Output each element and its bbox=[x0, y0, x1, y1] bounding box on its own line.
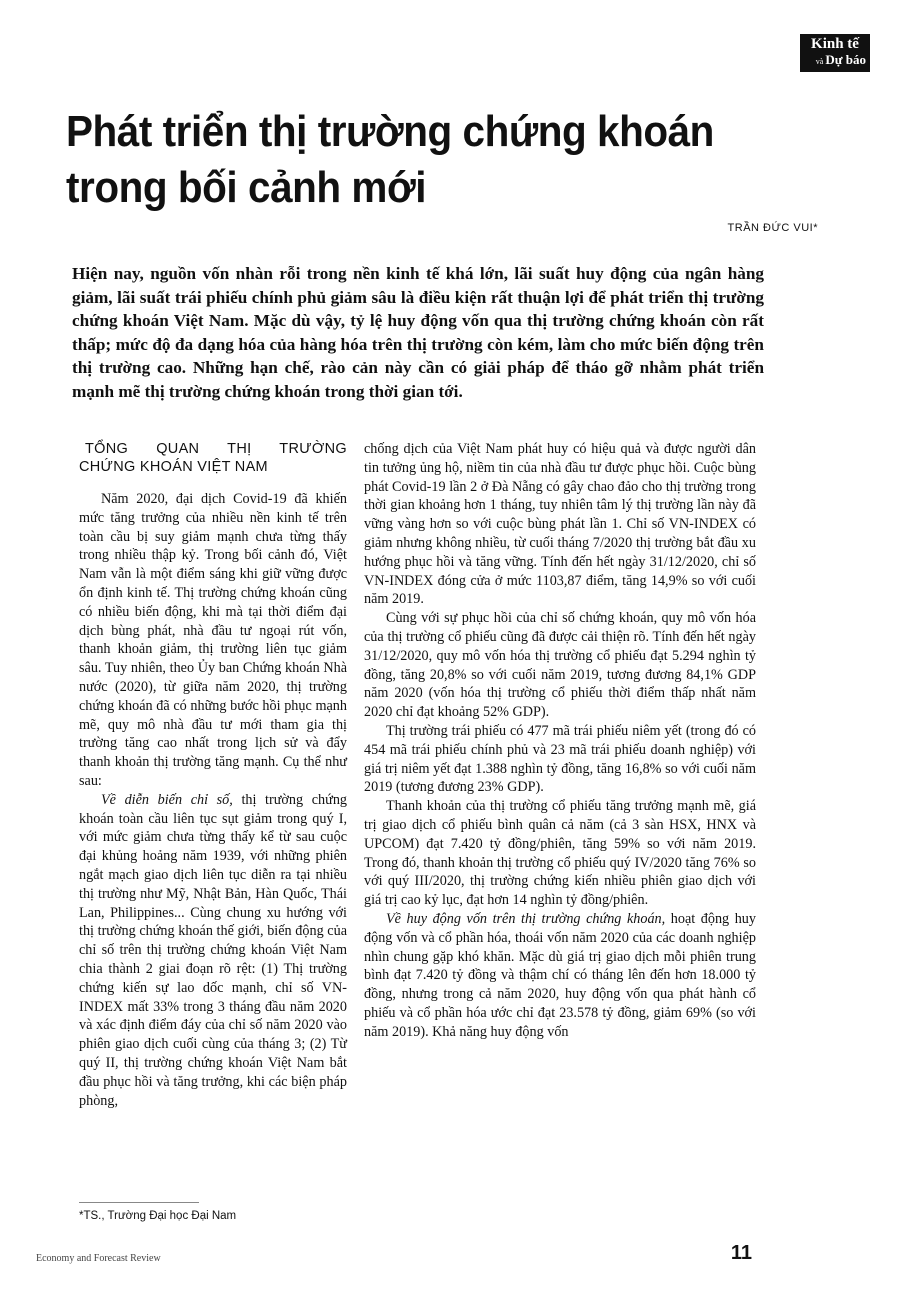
author-footnote: *TS., Trường Đại học Đại Nam bbox=[79, 1210, 236, 1222]
masthead-line2-main: Dự báo bbox=[825, 52, 866, 67]
masthead-line2-small: và bbox=[816, 57, 824, 66]
paragraph: Năm 2020, đại dịch Covid-19 đã khiến mức… bbox=[79, 490, 347, 791]
section-heading-line2: CHỨNG KHOÁN VIỆT NAM bbox=[79, 459, 268, 475]
paragraph-italic-lead: Về diễn biến chỉ số, bbox=[101, 792, 233, 808]
left-column: TỔNG QUAN THỊ TRƯỜNG CHỨNG KHOÁN VIỆT NA… bbox=[79, 440, 347, 1110]
footnote-divider bbox=[79, 1202, 199, 1203]
masthead-line2: vàDự báo bbox=[804, 52, 866, 69]
page-number: 11 bbox=[731, 1242, 752, 1265]
article-lead: Hiện nay, nguồn vốn nhàn rỗi trong nền k… bbox=[72, 262, 764, 404]
journal-name: Economy and Forecast Review bbox=[36, 1253, 161, 1264]
paragraph: Về huy động vốn trên thị trường chứng kh… bbox=[364, 910, 756, 1042]
paragraph: Thị trường trái phiếu có 477 mã trái phi… bbox=[364, 722, 756, 797]
masthead-logo: Kinh tế vàDự báo bbox=[800, 34, 870, 72]
section-heading-line1: TỔNG QUAN THỊ TRƯỜNG bbox=[79, 440, 347, 458]
paragraph: Về diễn biến chỉ số, thị trường chứng kh… bbox=[79, 791, 347, 1111]
section-heading: TỔNG QUAN THỊ TRƯỜNG CHỨNG KHOÁN VIỆT NA… bbox=[79, 440, 347, 476]
article-author: TRẦN ĐỨC VUI* bbox=[728, 222, 818, 234]
paragraph-text: hoạt động huy động vốn và cổ phần hóa, t… bbox=[364, 911, 756, 1040]
masthead-line1: Kinh tế bbox=[804, 37, 866, 52]
paragraph-text: thị trường chứng khoán toàn cầu liên tục… bbox=[79, 792, 347, 1109]
right-column: chống dịch của Việt Nam phát huy có hiệu… bbox=[364, 440, 756, 1042]
article-title: Phát triển thị trường chứng khoán trong … bbox=[66, 104, 765, 216]
paragraph: chống dịch của Việt Nam phát huy có hiệu… bbox=[364, 440, 756, 609]
paragraph: Cùng với sự phục hồi của chỉ số chứng kh… bbox=[364, 609, 756, 722]
paragraph: Thanh khoản của thị trường cổ phiếu tăng… bbox=[364, 797, 756, 910]
paragraph-italic-lead: Về huy động vốn trên thị trường chứng kh… bbox=[386, 911, 665, 927]
